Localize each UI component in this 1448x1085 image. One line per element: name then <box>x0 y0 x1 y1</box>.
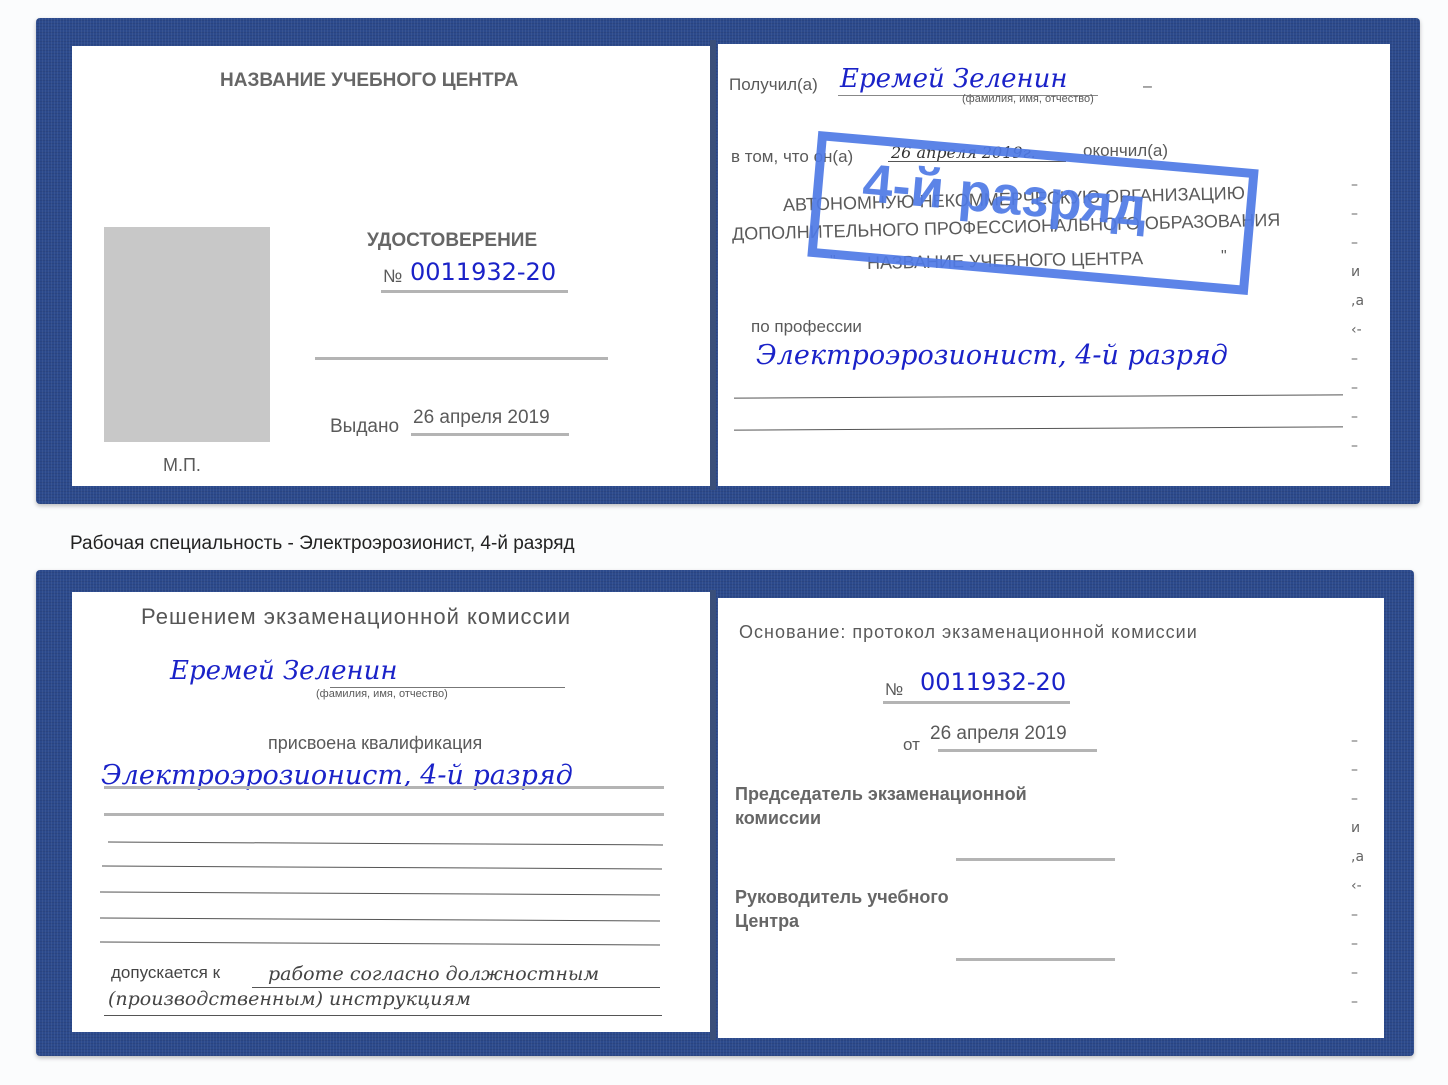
profession-label: по профессии <box>751 317 862 337</box>
qualification-line-1 <box>104 786 664 789</box>
edge-mark: и <box>1351 820 1360 836</box>
edge-mark: – <box>1351 994 1358 1010</box>
issued-label: Выдано <box>330 416 399 438</box>
org-name: НАЗВАНИЕ УЧЕБНОГО ЦЕНТРА <box>220 70 518 92</box>
from-label: от <box>903 735 920 755</box>
received-label: Получил(а) <box>729 75 818 95</box>
edge-mark: – <box>1351 409 1358 425</box>
protocol-number: 0011932-20 <box>920 668 1066 696</box>
edge-mark: и <box>1351 264 1360 280</box>
edge-mark: ,а <box>1351 849 1364 865</box>
edge-mark: ‹- <box>1351 322 1362 338</box>
signature-line <box>315 357 608 360</box>
recipient-name: Еремей Зеленин <box>840 64 1068 94</box>
bottom-spine <box>710 590 716 1040</box>
stamp-text: 4-й разряд <box>860 152 1149 239</box>
qualification-label: присвоена квалификация <box>268 733 482 754</box>
edge-mark: – <box>1351 438 1358 454</box>
basis-label: Основание: протокол экзаменационной коми… <box>739 622 1198 643</box>
director-label-line-2: Центра <box>735 911 799 932</box>
seal-label: М.П. <box>163 455 201 476</box>
edge-mark: – <box>1351 936 1358 952</box>
director-label-line-1: Руководитель учебного <box>735 887 949 908</box>
profession-value: Электроэрозионист, 4-й разряд <box>756 340 1228 371</box>
edge-mark: – <box>1351 177 1358 193</box>
admitted-value-line-1: работе согласно должностным <box>268 963 599 985</box>
edge-mark: ,а <box>1351 293 1364 309</box>
protocol-date: 26 апреля 2019 <box>930 723 1067 745</box>
doc-title: УДОСТОВЕРЕНИЕ <box>367 230 537 252</box>
recipient-dash: – <box>1143 78 1152 96</box>
protocol-date-underline <box>938 749 1097 752</box>
protocol-number-underline <box>883 701 1070 704</box>
edge-mark: – <box>1351 733 1358 749</box>
edge-mark: – <box>1351 762 1358 778</box>
number-underline <box>381 290 568 293</box>
chairman-signature-line <box>956 858 1115 861</box>
edge-mark: – <box>1351 380 1358 396</box>
edge-mark: – <box>1351 206 1358 222</box>
top-spine <box>710 40 716 490</box>
protocol-number-sign: № <box>885 680 903 700</box>
admitted-value-line-2: (производственным) инструкциям <box>108 988 471 1010</box>
edge-mark: – <box>1351 965 1358 981</box>
person-fio-hint: (фамилия, имя, отчество) <box>316 688 448 700</box>
person-name: Еремей Зеленин <box>170 656 398 686</box>
certificate-number: 0011932-20 <box>410 258 556 286</box>
commission-heading: Решением экзаменационной комиссии <box>141 604 571 630</box>
specialty-caption: Рабочая специальность - Электроэрозионис… <box>70 533 575 555</box>
issued-date: 26 апреля 2019 <box>413 407 550 429</box>
chairman-label-line-1: Председатель экзаменационной <box>735 784 1027 805</box>
chairman-label-line-2: комиссии <box>735 808 821 829</box>
recipient-fio-hint: (фамилия, имя, отчество) <box>962 93 1094 105</box>
director-signature-line <box>956 958 1115 961</box>
issued-date-underline <box>411 433 569 436</box>
edge-mark: – <box>1351 791 1358 807</box>
edge-mark: – <box>1351 351 1358 367</box>
photo-placeholder <box>104 227 270 442</box>
admitted-label: допускается к <box>111 963 220 983</box>
number-sign: № <box>383 266 402 287</box>
qualification-line-2 <box>104 813 664 816</box>
edge-mark: – <box>1351 235 1358 251</box>
admitted-underline-2 <box>104 1015 662 1016</box>
edge-mark: ‹- <box>1351 878 1362 894</box>
edge-mark: – <box>1351 907 1358 923</box>
